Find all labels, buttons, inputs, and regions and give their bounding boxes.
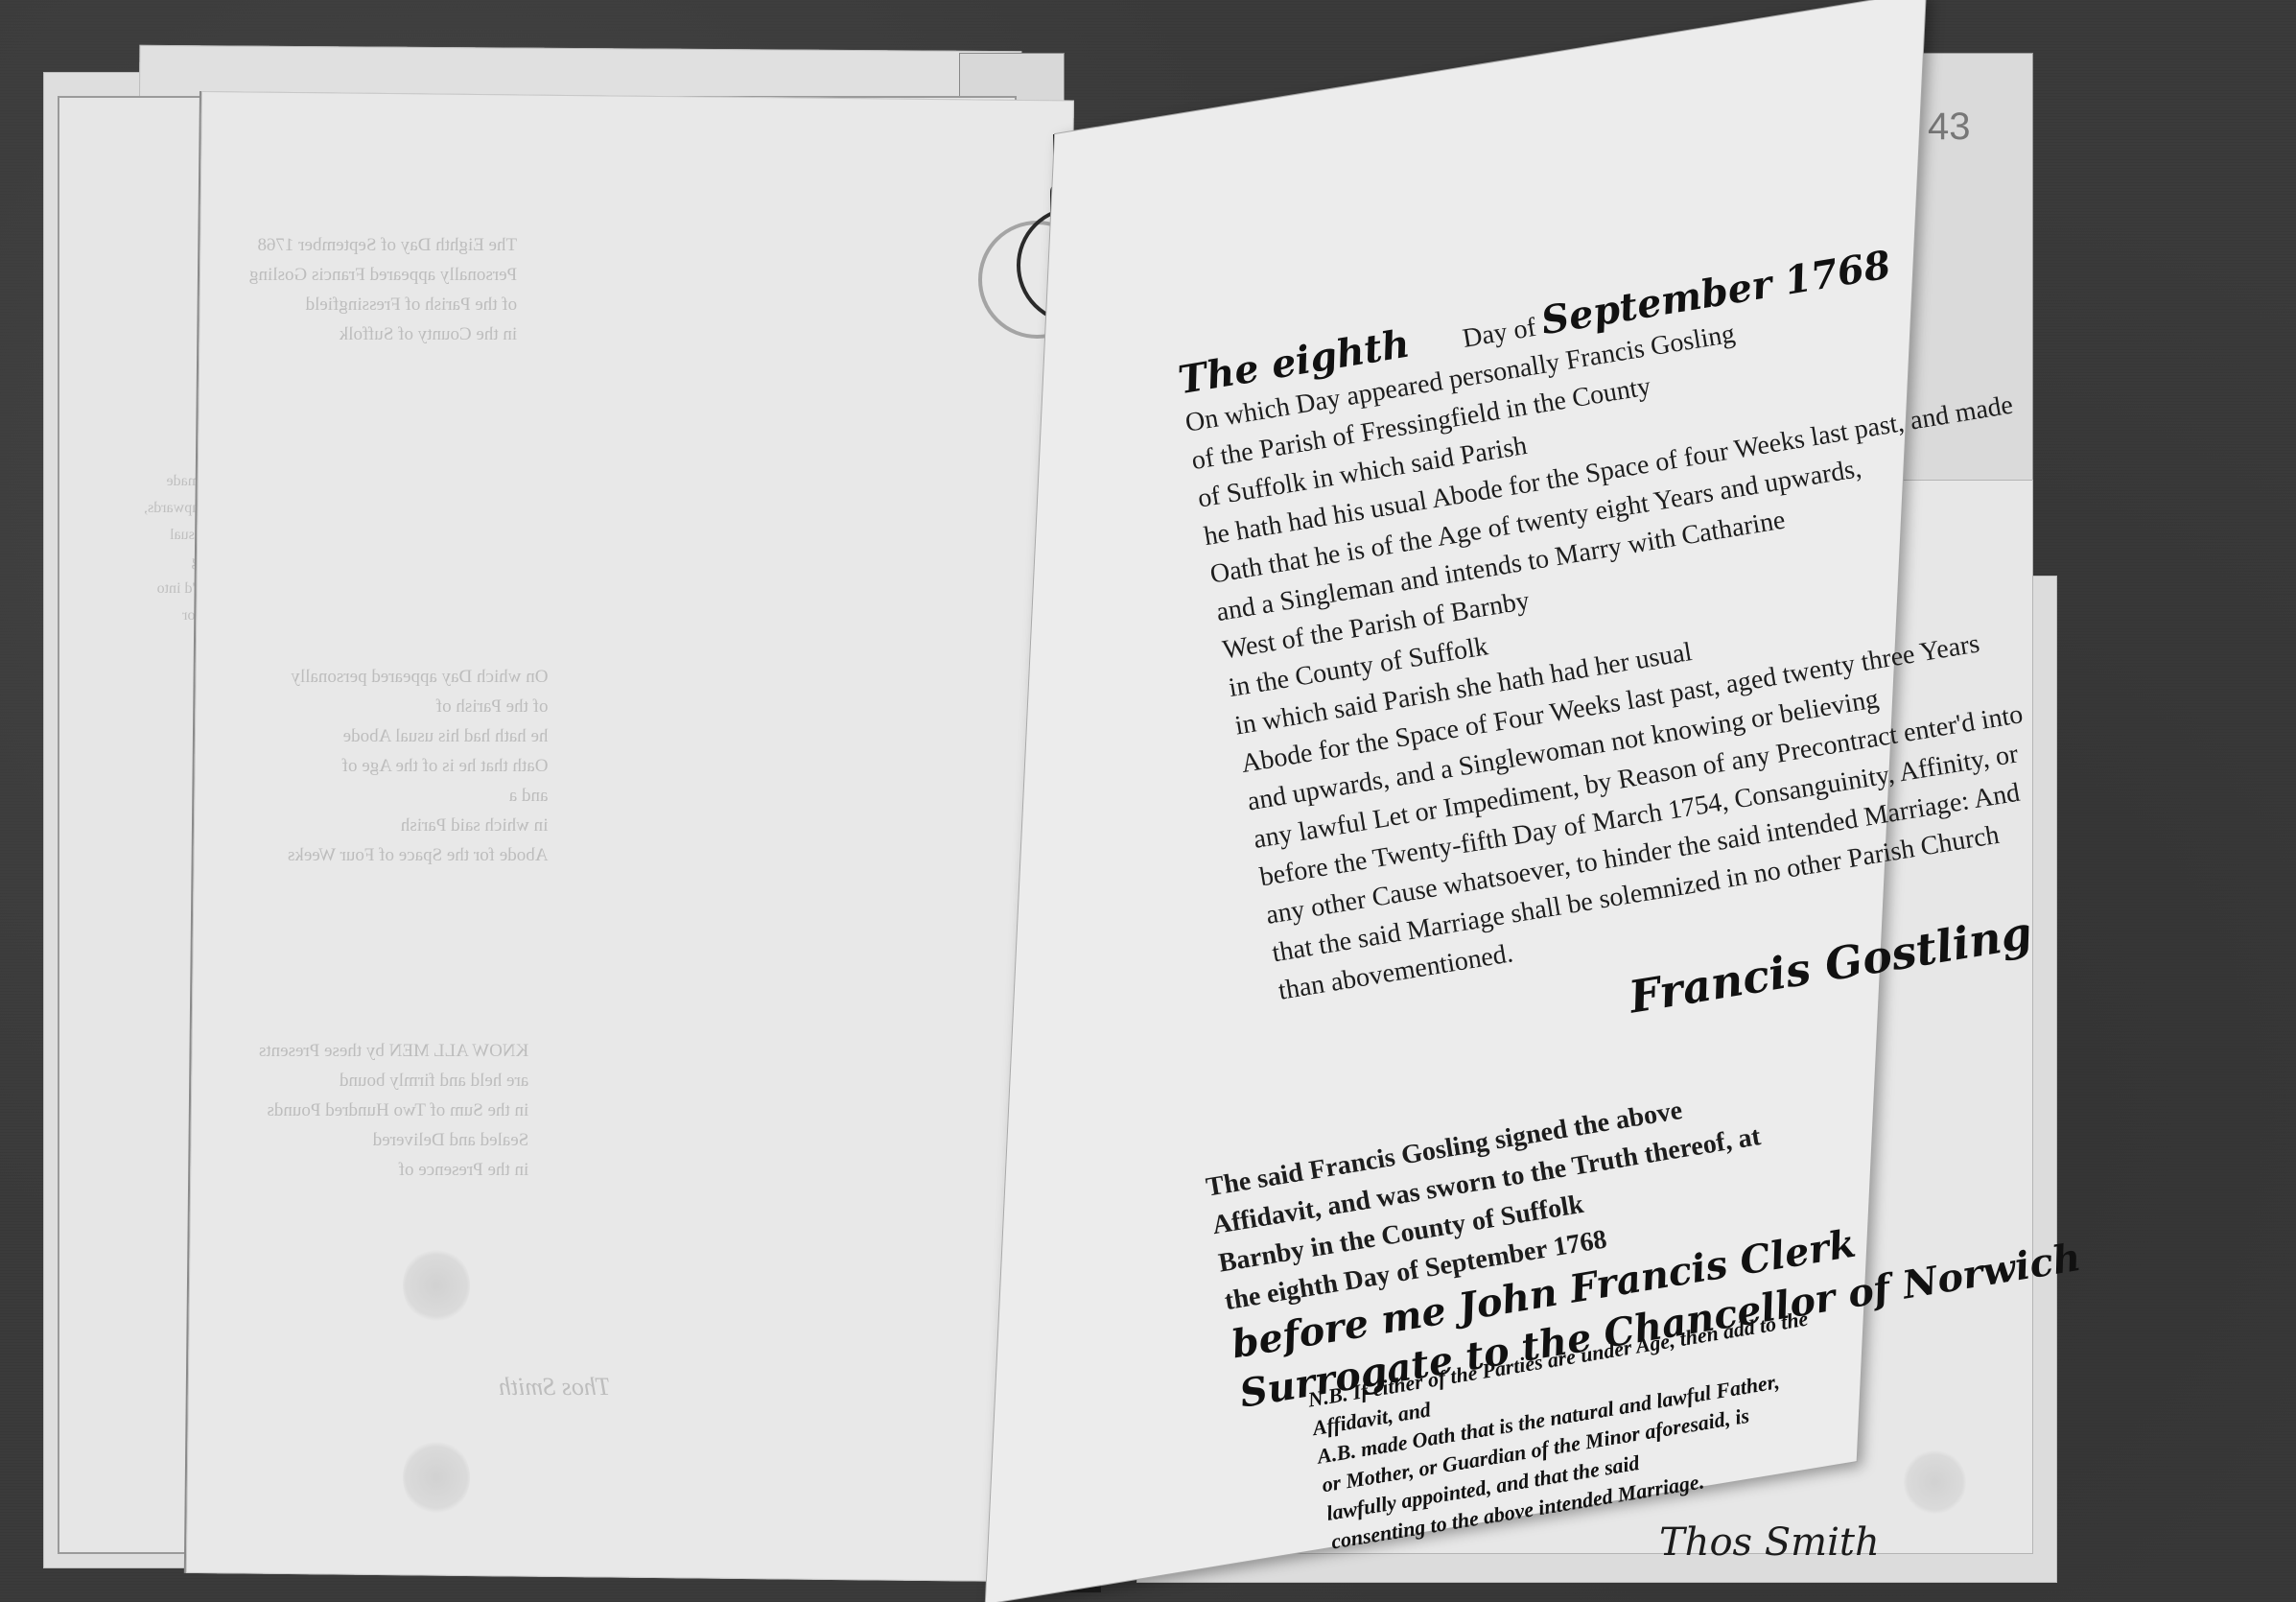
bleed-through-signature: Thos Smith [499, 1372, 610, 1402]
faint-seal-upper [403, 1247, 470, 1324]
bleed-line: in the Sum of Two Hundred Pounds [259, 1095, 528, 1125]
faint-seal-lower [403, 1439, 470, 1516]
bleed-line: Personally appeared Francis Gosling [249, 260, 517, 290]
bleed-line: Abode for the Space of Four Weeks [288, 840, 548, 870]
bleed-line: in the Presence of [259, 1155, 528, 1185]
bond-seal [1904, 1449, 1966, 1516]
bleed-line: are held and firmly bound [259, 1066, 528, 1095]
bleed-line: he hath had his usual Abode [288, 721, 548, 751]
bleed-line: in the County of Suffolk [249, 319, 517, 349]
bleed-through-heading: The Eighth Day of September 1768Personal… [249, 230, 517, 349]
printed-day-of: Day of [1461, 313, 1538, 354]
bleed-line: Oath that he is of the Age of [288, 751, 548, 781]
affidavit-body: The eighth Day of September 1768 On whic… [1176, 230, 2101, 1079]
bleed-line: The Eighth Day of September 1768 [249, 230, 517, 260]
bleed-line: Sealed and Delivered [259, 1125, 528, 1155]
bleed-line: On which Day appeared personally [288, 662, 548, 692]
affidavit-lines: On which Day appeared personally Francis… [1183, 272, 2090, 1011]
bleed-through-body: On which Day appeared personallyof the P… [288, 662, 548, 870]
bleed-through-bond: KNOW ALL MEN by these Presentsare held a… [259, 1036, 528, 1185]
page-number: 43 [1928, 106, 1971, 149]
affidavit-sheet: The eighth Day of September 1768 On whic… [986, 0, 1926, 1602]
bleed-line: and a [288, 781, 548, 811]
bleed-line: in which said Parish [288, 811, 548, 840]
principal-signature: Thos Smith [1659, 1520, 1880, 1565]
bleed-line: KNOW ALL MEN by these Presents [259, 1036, 528, 1066]
bleed-line: of the Parish of Fressingfield [249, 290, 517, 319]
bleed-line: of the Parish of [288, 692, 548, 721]
